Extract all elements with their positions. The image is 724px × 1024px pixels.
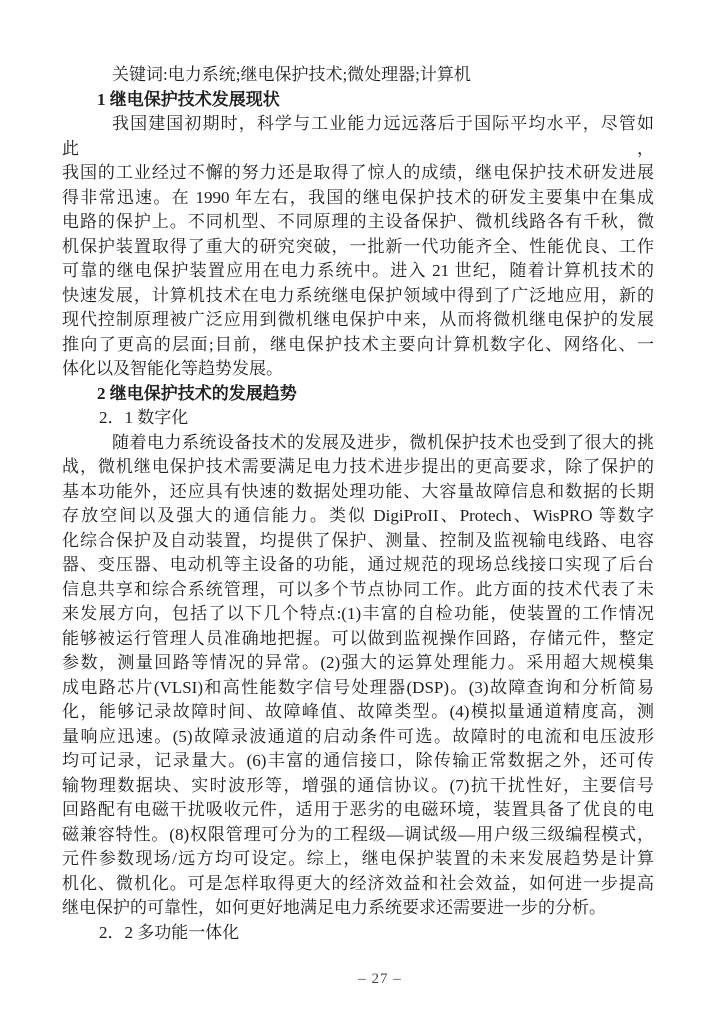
text-line: 参数，测量回路等情况的异常。(2)强大的运算处理能力。采用超大规模集 [62,651,654,676]
text-line: 我国的工业经过不懈的努力还是取得了惊人的成绩，继电保护技术研发进展 [62,161,654,186]
text-line: 基本功能外，还应具有快速的数据处理功能、大容量故障信息和数据的长期 [62,480,654,505]
text-line: 电路的保护上。不同机型、不同原理的主设备保护、微机线路各有千秋，微 [62,210,654,235]
text-line: 能够被运行管理人员准确地把握。可以做到监视操作回路，存储元件，整定 [62,627,654,652]
text-line: 现代控制原理被广泛应用到微机继电保护中来，从而将微机继电保护的发展 [62,308,654,333]
document-body: 关键词:电力系统;继电保护技术;微处理器;计算机1 继电保护技术发展现状我国建国… [62,63,654,945]
text-line: 可靠的继电保护装置应用在电力系统中。进入 21 世纪，随着计算机技术的 [62,259,654,284]
section-heading-1: 1 继电保护技术发展现状 [62,88,654,113]
page-number: – 27 – [0,969,724,989]
text-line: 回路配有电磁干扰吸收元件，适用于恶劣的电磁环境，装置具备了优良的电 [62,798,654,823]
text-line: 量响应迅速。(5)故障录波通道的启动条件可选。故障时的电流和电压波形 [62,725,654,750]
text-line: 成电路芯片(VLSI)和高性能数字信号处理器(DSP)。(3)故障查询和分析简易 [62,676,654,701]
subsection-heading-2-2: 2．2 多功能一体化 [62,921,654,946]
text-line: 推向了更高的层面;目前，继电保护技术主要向计算机数字化、网络化、一 [62,333,654,358]
text-line: 得非常迅速。在 1990 年左右，我国的继电保护技术的研发主要集中在集成 [62,186,654,211]
text-line: 机化、微机化。可是怎样取得更大的经济效益和社会效益，如何进一步提高 [62,872,654,897]
text-line: 磁兼容特性。(8)权限管理可分为的工程级—调试级—用户级三级编程模式， [62,823,654,848]
keywords-paragraph: 关键词:电力系统;继电保护技术;微处理器;计算机 [62,63,654,88]
text-line: 快速发展，计算机技术在电力系统继电保护领域中得到了广泛地应用，新的 [62,284,654,309]
text-line: 化综合保护及自动装置，均提供了保护、测量、控制及监视输电线路、电容 [62,529,654,554]
text-line: 元件参数现场/远方均可设定。综上，继电保护装置的未来发展趋势是计算 [62,847,654,872]
text-line: 关键词:电力系统;继电保护技术;微处理器;计算机 [62,63,654,88]
text-line: 继电保护的可靠性，如何更好地满足电力系统要求还需要进一步的分析。 [62,896,654,921]
text-line: 信息共享和综合系统管理，可以多个节点协同工作。此方面的技术代表了未 [62,578,654,603]
subsection-2-1-paragraph: 随着电力系统设备技术的发展及进步，微机保护技术也受到了很大的挑战，微机继电保护技… [62,431,654,921]
text-line: 输物理数据块、实时波形等，增强的通信协议。(7)抗干扰性好，主要信号 [62,774,654,799]
text-line: 器、变压器、电动机等主设备的功能，通过规范的现场总线接口实现了后台 [62,553,654,578]
text-line: 我国建国初期时，科学与工业能力远远落后于国际平均水平，尽管如此， [62,112,654,161]
text-line: 体化以及智能化等趋势发展。 [62,357,654,382]
text-line: 均可记录，记录量大。(6)丰富的通信接口，除传输正常数据之外，还可传 [62,749,654,774]
text-line: 化，能够记录故障时间、故障峰值、故障类型。(4)模拟量通道精度高，测 [62,700,654,725]
text-line: 来发展方向，包括了以下几个特点:(1)丰富的自检功能，使装置的工作情况 [62,602,654,627]
text-line: 随着电力系统设备技术的发展及进步，微机保护技术也受到了很大的挑 [62,431,654,456]
section-heading-2: 2 继电保护技术的发展趋势 [62,382,654,407]
subsection-heading-2-1: 2．1 数字化 [62,406,654,431]
section-1-paragraph: 我国建国初期时，科学与工业能力远远落后于国际平均水平，尽管如此，我国的工业经过不… [62,112,654,382]
text-line: 机保护装置取得了重大的研究突破，一批新一代功能齐全、性能优良、工作 [62,235,654,260]
text-line: 存放空间以及强大的通信能力。类似 DigiProII、Protech、WisPR… [62,504,654,529]
text-line: 战，微机继电保护技术需要满足电力技术进步提出的更高要求，除了保护的 [62,455,654,480]
